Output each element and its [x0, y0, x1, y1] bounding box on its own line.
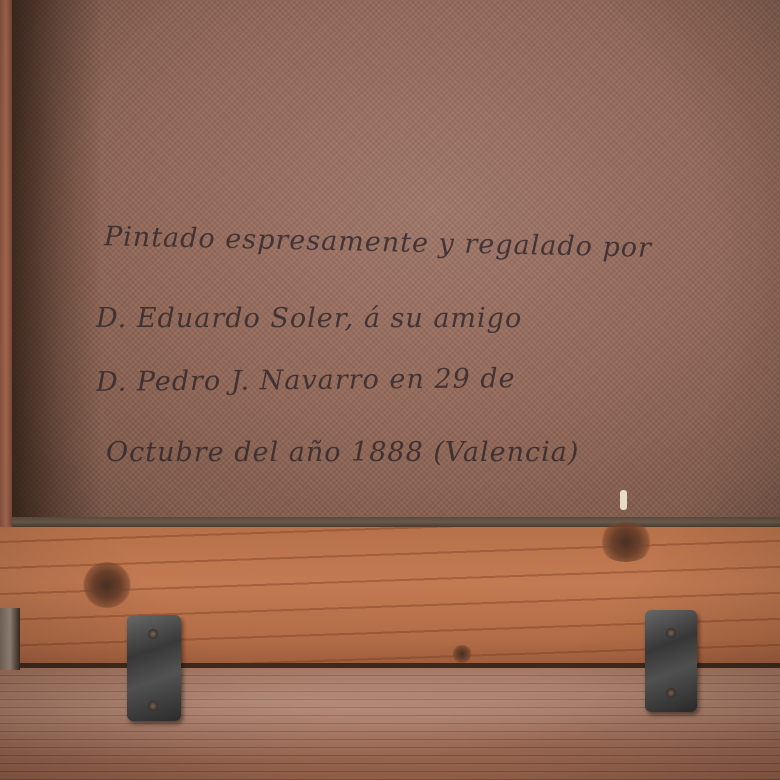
canvas-bottom-edge [12, 517, 780, 527]
screw-icon [148, 701, 158, 711]
frame-left-edge [0, 0, 12, 532]
inscription-line-2: D. Eduardo Soler, á su amigo [96, 303, 522, 334]
wood-knot [82, 562, 132, 608]
wood-knot [452, 645, 472, 663]
painting-back-photo: Pintado espresamente y regalado por D. E… [0, 0, 780, 780]
inscription-line-4: Octubre del año 1888 (Valencia) [106, 437, 579, 468]
screw-icon [148, 629, 158, 639]
side-block [0, 608, 20, 670]
metal-bracket-right [645, 610, 697, 712]
screw-icon [666, 628, 676, 638]
canvas-shadow [12, 0, 102, 522]
inscription-line-3: D. Pedro J. Navarro en 29 de [96, 363, 516, 398]
screw-icon [666, 688, 676, 698]
wood-knot [598, 522, 654, 562]
metal-bracket-left [127, 615, 181, 721]
paint-chip [620, 490, 627, 510]
